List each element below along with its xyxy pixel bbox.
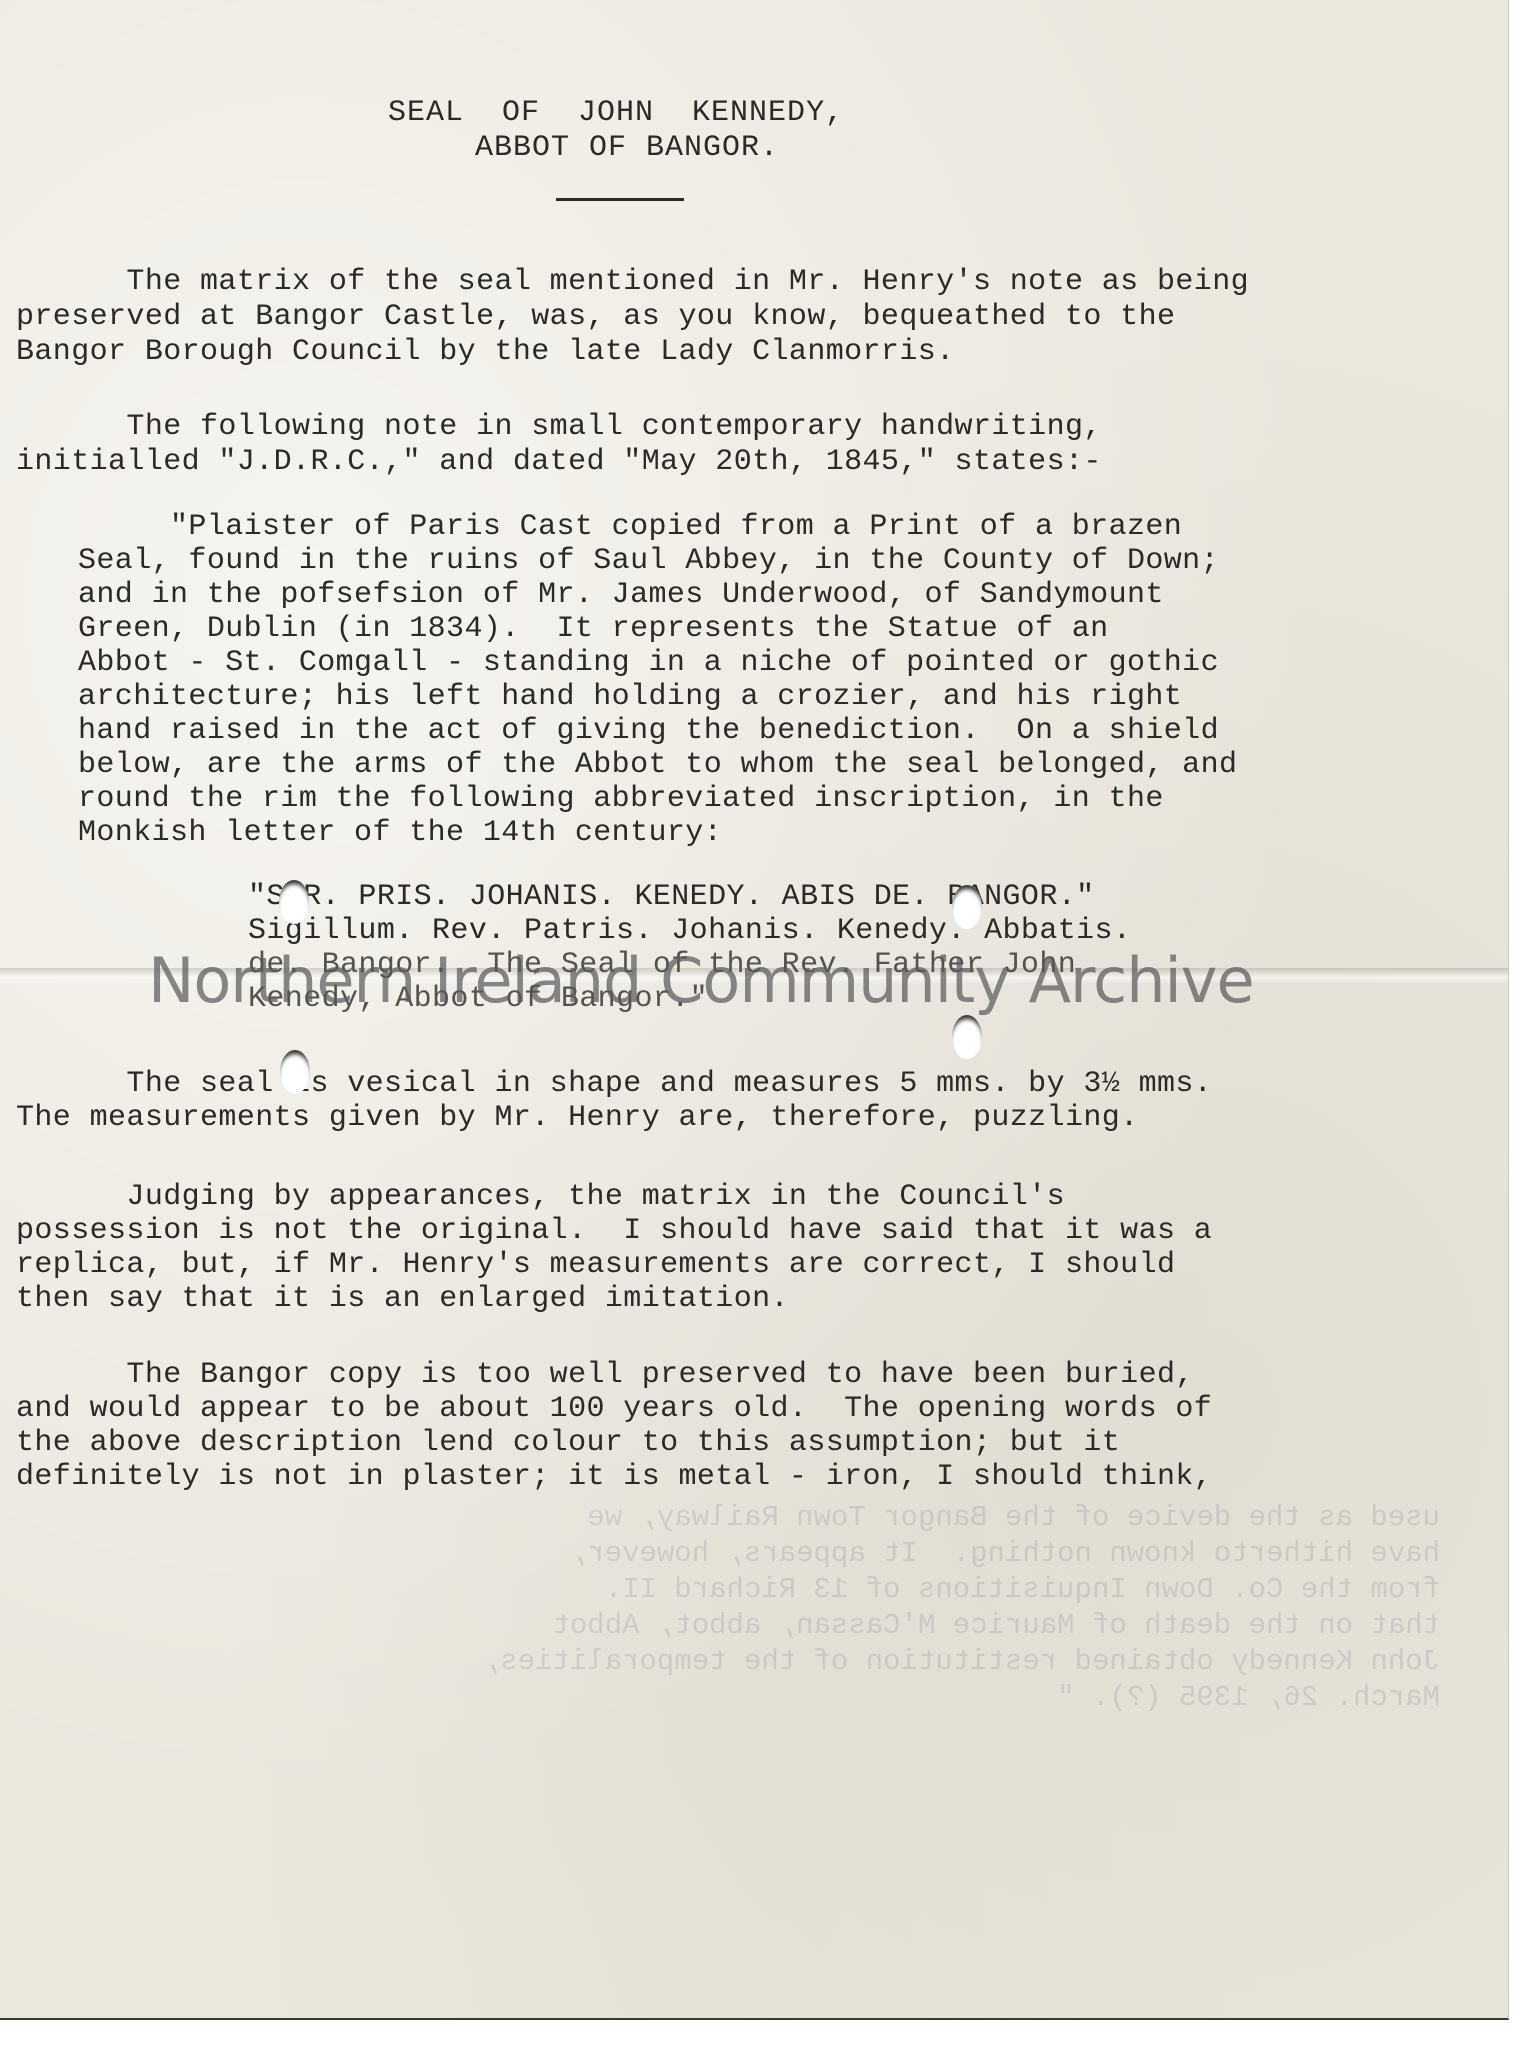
document-title-line2: ABBOT OF BANGOR. bbox=[475, 131, 779, 166]
paragraph-3-line: Seal, found in the ruins of Saul Abbey, … bbox=[78, 544, 1219, 579]
paragraph-3-line: round the rim the following abbreviated … bbox=[78, 782, 1164, 817]
paragraph-2-line: The following note in small contemporary… bbox=[16, 410, 1102, 445]
paragraph-7-line: definitely is not in plaster; it is meta… bbox=[16, 1460, 1212, 1495]
paragraph-3-line: Green, Dublin (in 1834). It represents t… bbox=[78, 612, 1109, 647]
paragraph-6-line: Judging by appearances, the matrix in th… bbox=[16, 1180, 1065, 1215]
punch-hole bbox=[952, 885, 982, 929]
paragraph-1-line: The matrix of the seal mentioned in Mr. … bbox=[16, 265, 1249, 300]
paragraph-1-line: Bangor Borough Council by the late Lady … bbox=[16, 335, 955, 370]
paragraph-3-line: below, are the arms of the Abbot to whom… bbox=[78, 748, 1237, 783]
paragraph-5-line: The measurements given by Mr. Henry are,… bbox=[16, 1101, 1139, 1136]
paragraph-6-line: replica, but, if Mr. Henry's measurement… bbox=[16, 1248, 1175, 1283]
punch-hole bbox=[952, 1015, 982, 1059]
archive-watermark: Northern Ireland Community Archive bbox=[148, 944, 1254, 1017]
paragraph-7-line: The Bangor copy is too well preserved to… bbox=[16, 1358, 1194, 1393]
title-underline-rule bbox=[556, 198, 684, 201]
paragraph-3-line: and in the pofsefsion of Mr. James Under… bbox=[78, 578, 1164, 613]
paragraph-7-line: the above description lend colour to thi… bbox=[16, 1426, 1120, 1461]
paragraph-6-line: possession is not the original. I should… bbox=[16, 1214, 1212, 1249]
paragraph-7-line: and would appear to be about 100 years o… bbox=[16, 1392, 1212, 1427]
punch-hole bbox=[279, 880, 309, 924]
paragraph-3-line: architecture; his left hand holding a cr… bbox=[78, 680, 1182, 715]
punch-hole bbox=[280, 1050, 310, 1094]
paragraph-3-line: "Plaister of Paris Cast copied from a Pr… bbox=[78, 510, 1182, 545]
bleed-through-text: used as the device of the Bangor Town Ra… bbox=[300, 1500, 1440, 1716]
paragraph-3-line: hand raised in the act of giving the ben… bbox=[78, 714, 1219, 749]
paragraph-3-line: Abbot - St. Comgall - standing in a nich… bbox=[78, 646, 1219, 681]
document-title-line1: SEAL OF JOHN KENNEDY, bbox=[388, 96, 844, 131]
paragraph-5-line: The seal is vesical in shape and measure… bbox=[16, 1067, 1212, 1102]
paragraph-1-line: preserved at Bangor Castle, was, as you … bbox=[16, 300, 1175, 335]
paragraph-2-line: initialled "J.D.R.C.," and dated "May 20… bbox=[16, 445, 1102, 480]
paragraph-3-line: Monkish letter of the 14th century: bbox=[78, 816, 722, 851]
paragraph-6-line: then say that it is an enlarged imitatio… bbox=[16, 1282, 789, 1317]
